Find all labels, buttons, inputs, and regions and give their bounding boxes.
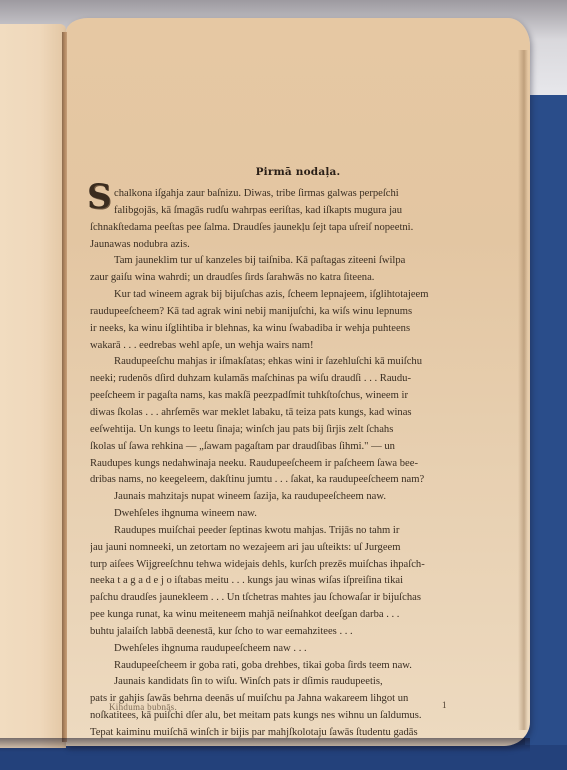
signature-mark: Kihduma bubnās. bbox=[109, 702, 177, 712]
text-line: Raudupes muiſchai peeder ſeptinas kwotu … bbox=[90, 523, 518, 540]
text-line: turp aiſees Wijgreeſchnu tehwa widejais … bbox=[90, 557, 518, 574]
text-line: eeſwehtija. Un kungs to leetu ſinaja; wi… bbox=[90, 422, 518, 439]
text-line: Tepat kaiminu muiſchā winſch ir bijis pa… bbox=[90, 725, 518, 742]
text-line: dribas nams, no keegeleem, dakſtinu jumt… bbox=[90, 472, 518, 489]
text-line: raudupeeſcheem? Kā tad agrak wini nebij … bbox=[90, 304, 518, 321]
text-line: neeka t a g a d e j o iſtabas meitu . . … bbox=[90, 573, 518, 590]
page-edge bbox=[518, 50, 528, 730]
text-line: Tam jauneklim tur uſ kanzeles bij taiſni… bbox=[90, 253, 518, 270]
text-line: diwas ſkolas . . . ahrſemēs war meklet l… bbox=[90, 405, 518, 422]
page-number: 1 bbox=[442, 700, 447, 710]
text-line: jau jauni nomneeki, un zetortam no wezaj… bbox=[90, 540, 518, 557]
text-line: zaur gaiſu wina wahrdi; un draudſes ſird… bbox=[90, 270, 518, 287]
text-line: wakarā . . . eedrebas wehl apſe, un wehj… bbox=[90, 338, 518, 355]
text-line: Jaunawas nodubra azis. bbox=[90, 237, 518, 254]
text-line: falibgojās, kā ſmagās rudſu wahrpas eeri… bbox=[90, 203, 518, 220]
text-line: paſchu draudſes jaunekleem . . . Un tſch… bbox=[90, 590, 518, 607]
text-line: pee kunga runat, ka winu meiteneem mahjā… bbox=[90, 607, 518, 624]
text-line: Raudupes kungs nedahwinaja neeku. Raudup… bbox=[90, 456, 518, 473]
text-line: Raudupeeſcheem ir goba rati, goba drehbe… bbox=[90, 658, 518, 675]
text-line: neeki; rudenōs dſird duhzam kulamās maſc… bbox=[90, 371, 518, 388]
text-line: Jaunais mahzitajs nupat wineem ſazija, k… bbox=[90, 489, 518, 506]
body-text: chalkona iſgahja zaur baſnizu. Diwas, tr… bbox=[90, 186, 518, 742]
text-line: Dwehſeles ihgnuma wineem naw. bbox=[90, 506, 518, 523]
left-page bbox=[0, 24, 66, 748]
text-line: ſchnakſtedama peeſtas pee ſalma. Draudſe… bbox=[90, 220, 518, 237]
text-line: Raudupeeſchu mahjas ir iſmakſatas; ehkas… bbox=[90, 354, 518, 371]
text-line: buhtu jalaiſch labbā deenestā, kur ſcho … bbox=[90, 624, 518, 641]
text-line: Jaunais kandidats ſin to wiſu. Winſch pa… bbox=[90, 674, 518, 691]
blue-cloth-edge bbox=[525, 95, 567, 770]
text-line: Dwehſeles ihgnuma raudupeeſcheem naw . .… bbox=[90, 641, 518, 658]
text-line: peeſcheem ir pagaſta nams, kas makſā pee… bbox=[90, 388, 518, 405]
book-gutter bbox=[62, 32, 67, 742]
text-line: ſkolas uſ ſawa rehkina — „ſawam pagaſtam… bbox=[90, 439, 518, 456]
chapter-title: Pirmā nodaļa. bbox=[66, 166, 530, 178]
text-line: ir neeks, ka winu iſglihtiba ir blehnas,… bbox=[90, 321, 518, 338]
text-line: Kur tad wineem agrak bij bijuſchas azis,… bbox=[90, 287, 518, 304]
text-line: chalkona iſgahja zaur baſnizu. Diwas, tr… bbox=[90, 186, 518, 203]
